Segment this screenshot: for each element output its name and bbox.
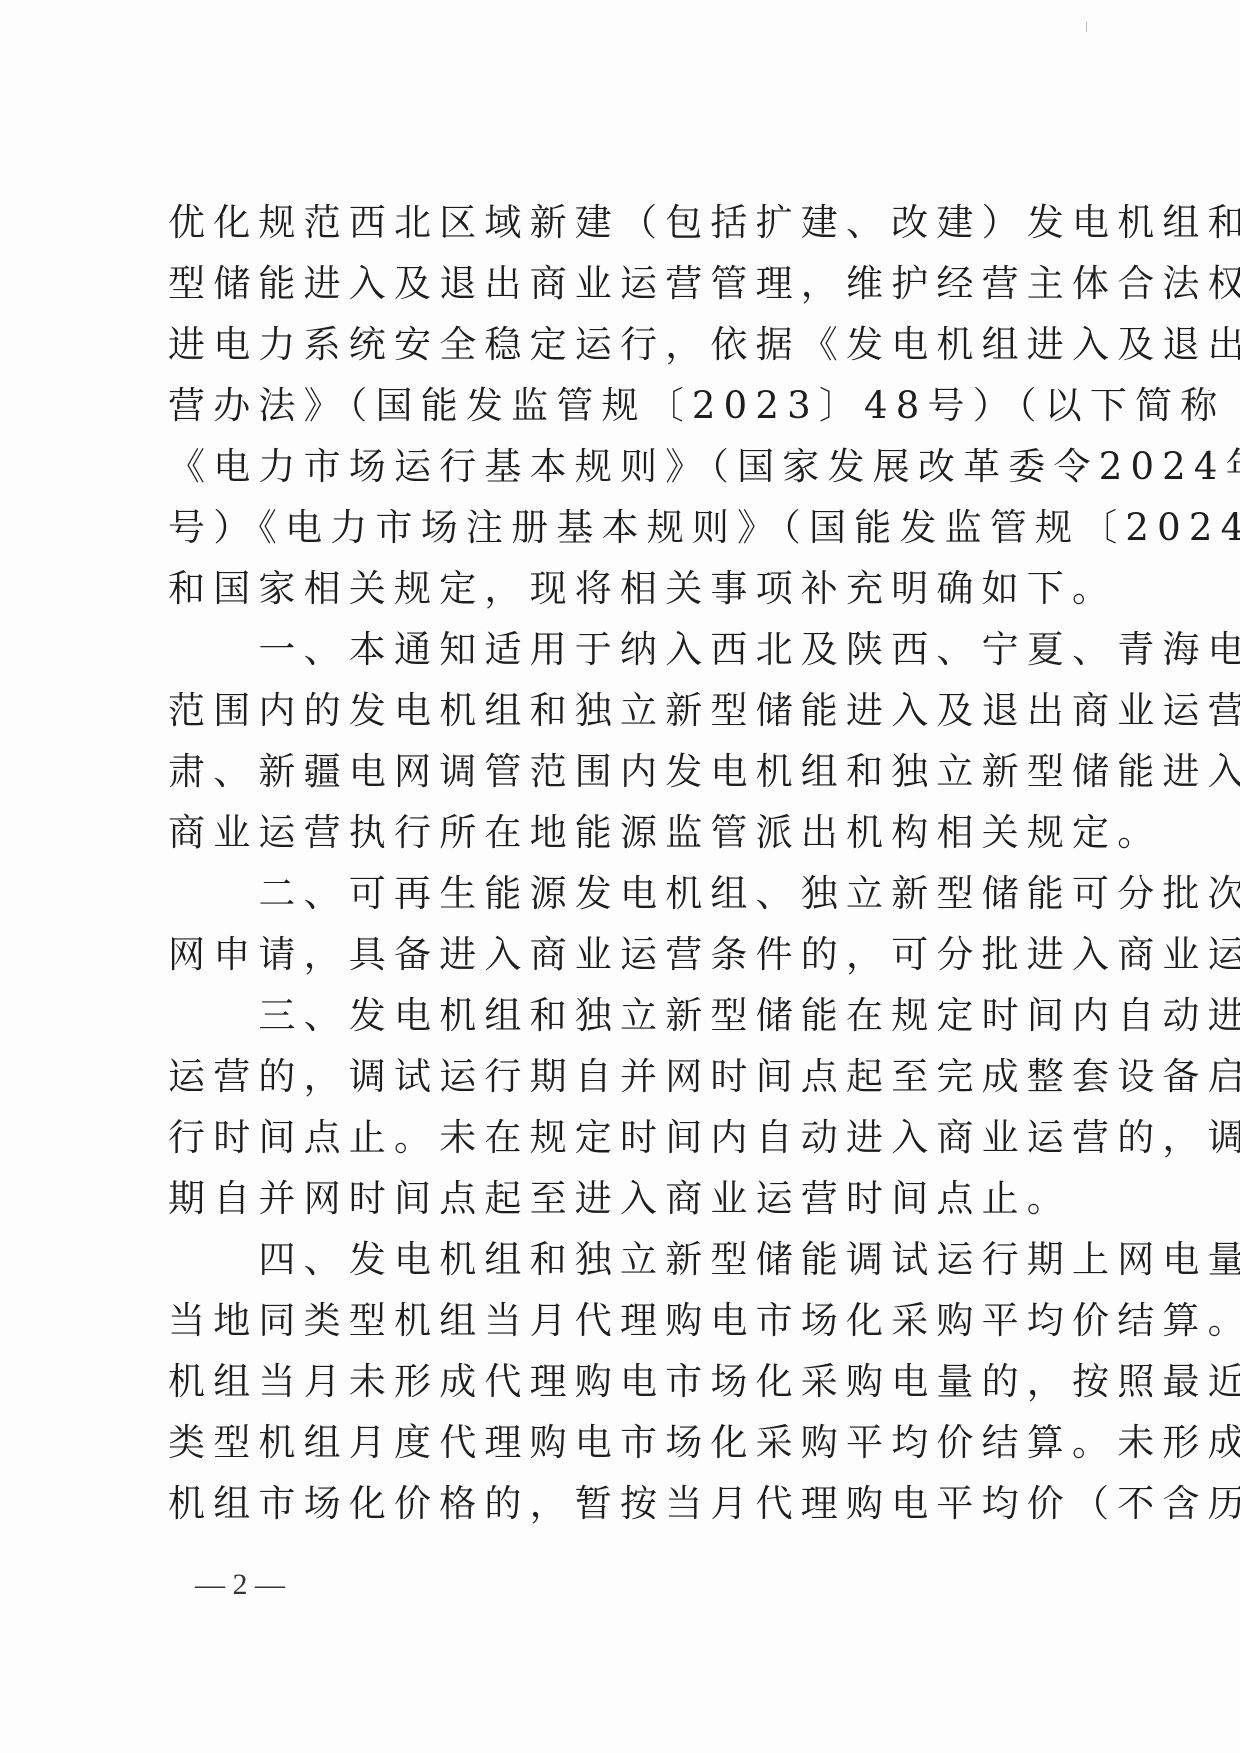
text-line: 《电力市场运行基本规则》（国家发展改革委令2024年第20 [168,436,1088,497]
text-line: 行时间点止。未在规定时间内自动进入商业运营的，调试运行 [168,1107,1088,1168]
text-line: 肃、新疆电网调管范围内发电机组和独立新型储能进入及退出 [168,741,1088,802]
text-line: 型储能进入及退出商业运营管理，维护经营主体合法权益，促 [168,253,1088,314]
text-line: 三、发电机组和独立新型储能在规定时间内自动进入商业 [168,985,1088,1046]
text-line: 四、发电机组和独立新型储能调试运行期上网电量，按照 [168,1229,1088,1290]
text-line: 优化规范西北区域新建（包括扩建、改建）发电机组和独立新 [168,192,1088,253]
text-line: 二、可再生能源发电机组、独立新型储能可分批次提交并 [168,863,1088,924]
page-number: — 2 — [195,1568,285,1602]
text-line: 营办法》（国能发监管规〔2023〕48号）（以下简称《办法》） [168,375,1088,436]
scan-mark [1086,22,1087,32]
text-line: 当地同类型机组当月代理购电市场化采购平均价结算。同类型 [168,1290,1088,1351]
text-line: 运营的，调试运行期自并网时间点起至完成整套设备启动试运 [168,1046,1088,1107]
text-line: 进电力系统安全稳定运行，依据《发电机组进入及退出商业运 [168,314,1088,375]
text-line: 期自并网时间点起至进入商业运营时间点止。 [168,1168,1088,1229]
text-line: 网申请，具备进入商业运营条件的，可分批进入商业运营。 [168,924,1088,985]
text-line: 范围内的发电机组和独立新型储能进入及退出商业运营，甘 [168,680,1088,741]
text-line: 号）《电力市场注册基本规则》（国能发监管规〔2024〕76号） [168,497,1088,558]
text-line: 机组市场化价格的，暂按当月代理购电平均价（不含历史偏差 [168,1473,1088,1534]
text-line: 商业运营执行所在地能源监管派出机构相关规定。 [168,802,1088,863]
text-line: 机组当月未形成代理购电市场化采购电量的，按照最近一次同 [168,1351,1088,1412]
text-line: 和国家相关规定，现将相关事项补充明确如下。 [168,558,1088,619]
text-line: 一、本通知适用于纳入西北及陕西、宁夏、青海电网调管 [168,619,1088,680]
document-page: 优化规范西北区域新建（包括扩建、改建）发电机组和独立新 型储能进入及退出商业运营… [0,0,1240,1753]
text-line: 类型机组月度代理购电市场化采购平均价结算。未形成同类型 [168,1412,1088,1473]
document-body: 优化规范西北区域新建（包括扩建、改建）发电机组和独立新 型储能进入及退出商业运营… [168,192,1088,1534]
